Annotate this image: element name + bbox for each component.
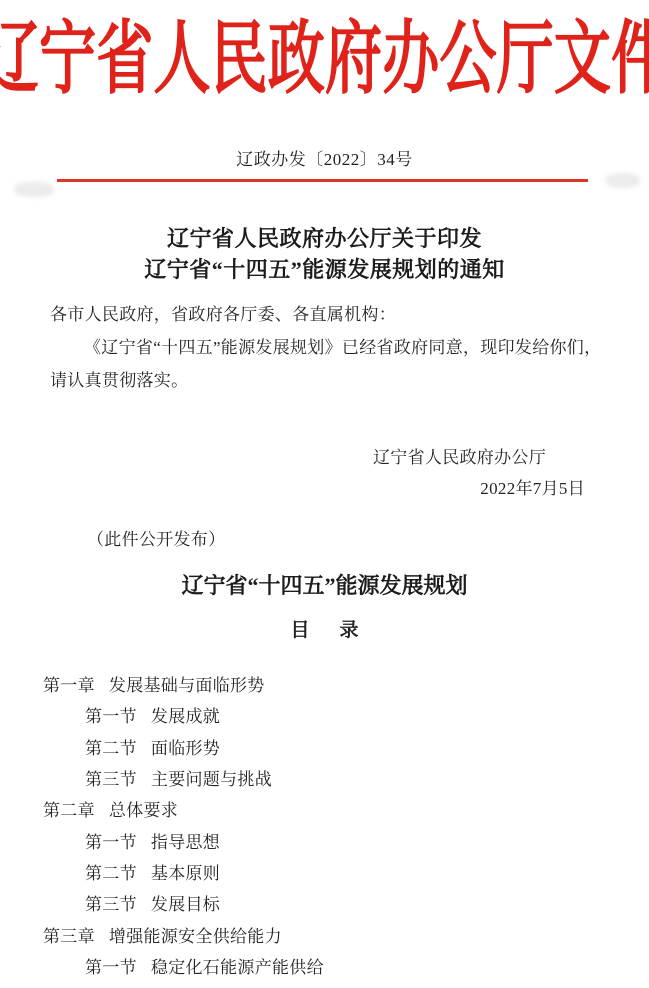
toc-label: 第三节 [85, 890, 137, 915]
scan-smudge-right [606, 173, 640, 188]
toc-label: 第一节 [85, 953, 137, 978]
toc-heading: 目录 [0, 620, 649, 642]
toc-item-title: 主要问题与挑战 [151, 765, 272, 790]
toc-item-title: 发展成就 [151, 702, 220, 727]
toc-label: 第二章 [43, 796, 95, 821]
red-divider-rule [57, 179, 588, 182]
toc-entry: 第一章 发展基础与面临形势 [43, 668, 629, 699]
toc-entry: 第三节 主要问题与挑战 [43, 762, 629, 793]
toc-heading-left: 目 [290, 620, 309, 641]
toc-item-title: 发展目标 [151, 890, 220, 915]
notice-title-line2: 辽宁省“十四五”能源发展规划的通知 [0, 254, 649, 285]
toc-entry: 第二节 面临形势 [43, 731, 629, 762]
document-number: 辽政办发〔2022〕34号 [0, 150, 649, 170]
notice-title: 辽宁省人民政府办公厅关于印发 辽宁省“十四五”能源发展规划的通知 [0, 223, 649, 285]
body-paragraph-line-1: 《辽宁省“十四五”能源发展规划》已经省政府同意，现印发给你们， [84, 337, 601, 358]
toc-item-title: 发展基础与面临形势 [109, 671, 265, 696]
signer-org: 辽宁省人民政府办公厅 [373, 447, 546, 468]
toc-entry: 第二节 基本原则 [43, 856, 629, 887]
document-page: 辽宁省人民政府办公厅文件 辽政办发〔2022〕34号 辽宁省人民政府办公厅关于印… [0, 0, 649, 988]
salutation-line: 各市人民政府，省政府各厅委、各直属机构： [50, 304, 396, 325]
toc-label: 第二节 [85, 859, 137, 884]
toc-item-title: 总体要求 [109, 796, 178, 821]
toc-label: 第一节 [85, 702, 137, 727]
toc-label: 第一章 [43, 671, 95, 696]
toc-entry: 第三章 增强能源安全供给能力 [43, 918, 629, 949]
publish-note: （此件公开发布） [87, 529, 225, 550]
toc-label: 第三章 [43, 922, 95, 947]
toc-entry: 第一节 指导思想 [43, 824, 629, 855]
scan-smudge-left [14, 182, 54, 197]
toc-heading-right: 录 [340, 620, 359, 641]
notice-title-line1: 辽宁省人民政府办公厅关于印发 [0, 223, 649, 254]
toc-item-title: 增强能源安全供给能力 [109, 922, 282, 947]
toc-label: 第三节 [85, 765, 137, 790]
toc-label: 第一节 [85, 828, 137, 853]
toc-item-title: 稳定化石能源产能供给 [151, 953, 324, 978]
toc-entry: 第一节 稳定化石能源产能供给 [43, 950, 629, 981]
toc-label: 第二节 [85, 734, 137, 759]
body-paragraph-line-2: 请认真贯彻落实。 [50, 370, 188, 391]
toc-item-title: 面临形势 [151, 734, 220, 759]
letterhead-title: 辽宁省人民政府办公厅文件 [0, 20, 649, 100]
toc-item-title: 指导思想 [151, 828, 220, 853]
plan-title: 辽宁省“十四五”能源发展规划 [0, 572, 649, 600]
toc-entry: 第二章 总体要求 [43, 793, 629, 824]
toc-list: 第一章 发展基础与面临形势 第一节 发展成就 第二节 面临形势 第三节 主要问题… [43, 668, 629, 981]
toc-entry: 第三节 发展目标 [43, 887, 629, 918]
toc-entry: 第一节 发展成就 [43, 699, 629, 730]
toc-item-title: 基本原则 [151, 859, 220, 884]
signature-date: 2022年7月5日 [480, 478, 585, 499]
